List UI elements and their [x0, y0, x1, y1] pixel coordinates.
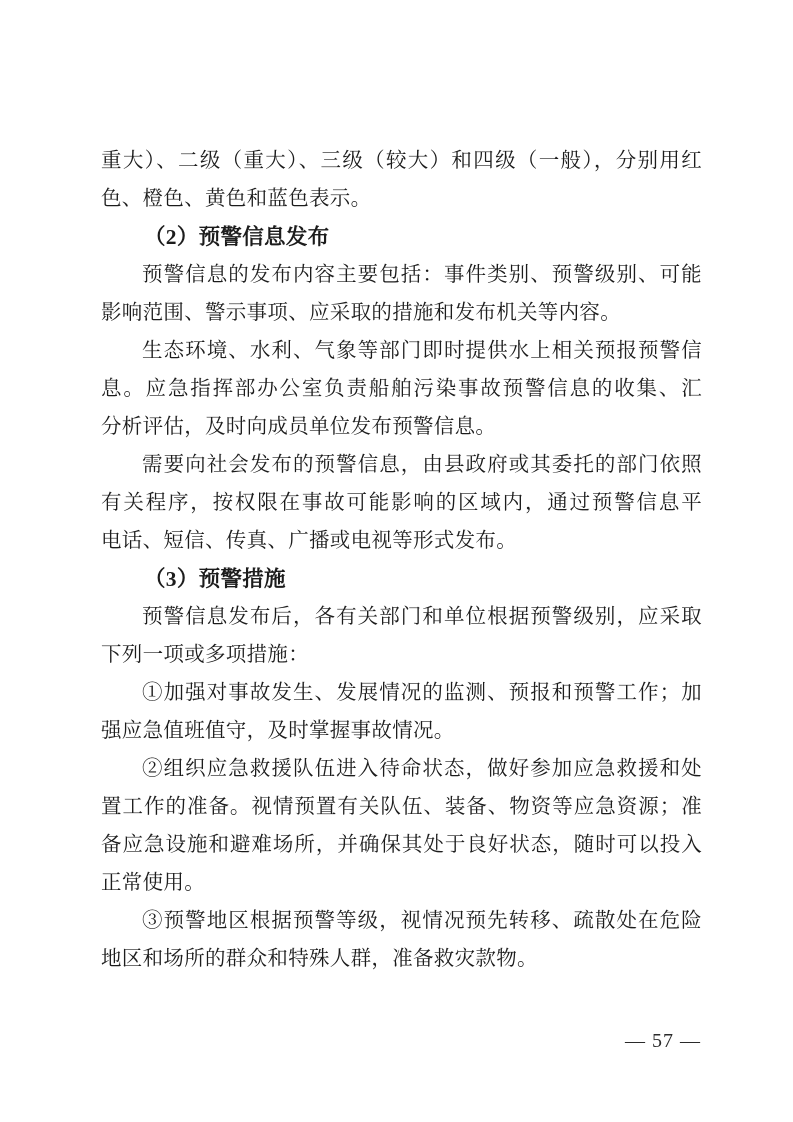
text-line: 预警信息发布后，各有关部门和单位根据预警级别，应采取: [101, 598, 702, 636]
page-number: — 57 —: [625, 1030, 701, 1052]
text-line: ①加强对事故发生、发展情况的监测、预报和预警工作；加: [101, 674, 702, 712]
text-line: 电话、短信、传真、广播或电视等形式发布。: [101, 522, 702, 560]
page-footer: — 57 —: [601, 996, 701, 1086]
text-line: 需要向社会发布的预警信息，由县政府或其委托的部门依照: [101, 446, 702, 484]
text-line: 有关程序，按权限在事故可能影响的区域内，通过预警信息平台、: [101, 484, 702, 522]
text-line: ②组织应急救援队伍进入待命状态，做好参加应急救援和处: [101, 750, 702, 788]
text-line: 地区和场所的群众和特殊人群，准备救灾款物。: [101, 940, 702, 978]
text-line: 影响范围、警示事项、应采取的措施和发布机关等内容。: [101, 294, 702, 332]
text-line: ③预警地区根据预警等级，视情况预先转移、疏散处在危险: [101, 902, 702, 940]
text-line: 预警信息的发布内容主要包括：事件类别、预警级别、可能: [101, 256, 702, 294]
text-line: 正常使用。: [101, 864, 702, 902]
text-line: 生态环境、水利、气象等部门即时提供水上相关预报预警信: [101, 332, 702, 370]
text-line: 强应急值班值守，及时掌握事故情况。: [101, 712, 702, 750]
text-line: 下列一项或多项措施：: [101, 636, 702, 674]
text-line: 备应急设施和避难场所，并确保其处于良好状态，随时可以投入: [101, 826, 702, 864]
text-line: 色、橙色、黄色和蓝色表示。: [101, 180, 702, 218]
section-heading: （2）预警信息发布: [101, 218, 702, 256]
text-line: 分析评估，及时向成员单位发布预警信息。: [101, 408, 702, 446]
text-line: 置工作的准备。视情预置有关队伍、装备、物资等应急资源；准: [101, 788, 702, 826]
text-line: 重大）、二级（重大）、三级（较大）和四级（一般），分别用红: [101, 142, 702, 180]
document-page: 重大）、二级（重大）、三级（较大）和四级（一般），分别用红色、橙色、黄色和蓝色表…: [0, 0, 793, 1122]
text-line: 息。应急指挥部办公室负责船舶污染事故预警信息的收集、汇总、: [101, 370, 702, 408]
section-heading: （3）预警措施: [101, 560, 702, 598]
document-body: 重大）、二级（重大）、三级（较大）和四级（一般），分别用红色、橙色、黄色和蓝色表…: [101, 142, 702, 978]
